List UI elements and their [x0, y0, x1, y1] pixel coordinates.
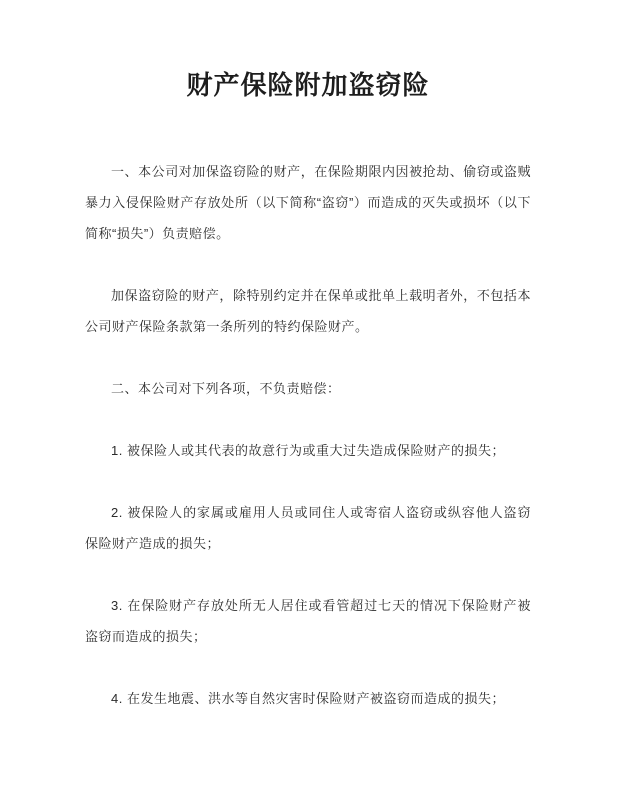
document-title: 财产保险附加盗窃险: [85, 67, 531, 103]
paragraph-exclusion-item-1: 1. 被保险人或其代表的故意行为或重大过失造成保险财产的损失；: [85, 435, 531, 466]
paragraph-clause-2-heading: 二、本公司对下列各项，不负责赔偿：: [85, 373, 531, 404]
paragraph-clause-1-note: 加保盗窃险的财产，除特别约定并在保单或批单上载明者外，不包括本公司财产保险条款第…: [85, 280, 531, 342]
paragraph-exclusion-item-2: 2. 被保险人的家属或雇用人员或同住人或寄宿人盗窃或纵容他人盗窃保险财产造成的损…: [85, 497, 531, 559]
paragraph-exclusion-item-4: 4. 在发生地震、洪水等自然灾害时保险财产被盗窃而造成的损失；: [85, 683, 531, 714]
paragraph-clause-1: 一、本公司对加保盗窃险的财产，在保险期限内因被抢劫、偷窃或盗贼暴力入侵保险财产存…: [85, 156, 531, 249]
paragraph-exclusion-item-3: 3. 在保险财产存放处所无人居住或看管超过七天的情况下保险财产被盗窃而造成的损失…: [85, 590, 531, 652]
document-page: 财产保险附加盗窃险 一、本公司对加保盗窃险的财产，在保险期限内因被抢劫、偷窃或盗…: [0, 0, 619, 800]
